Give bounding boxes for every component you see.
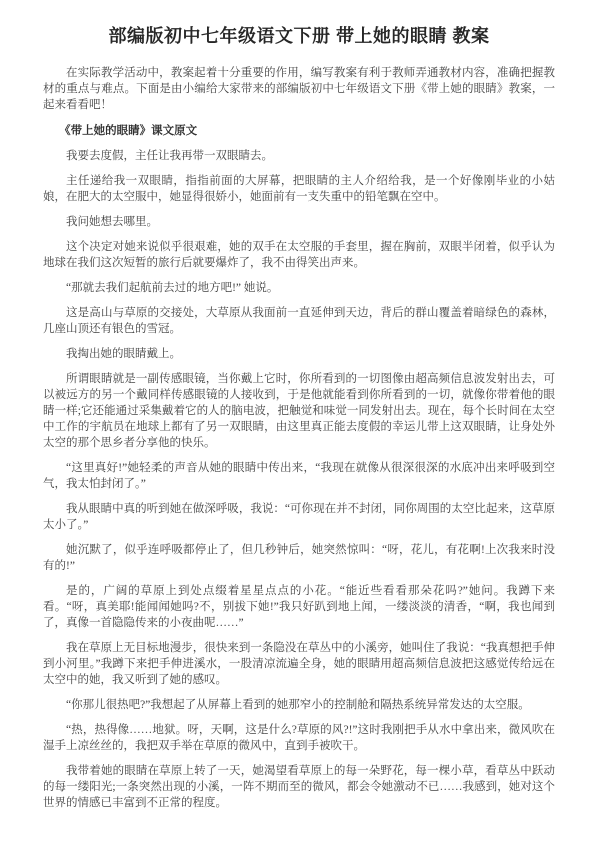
section-heading-original-text: 《带上她的眼睛》课文原文	[43, 123, 555, 139]
paragraph-5: “那就去我们起航前去过的地方吧!” 她说。	[43, 280, 555, 296]
paragraph-11: 她沉默了，似乎连呼吸都停止了，但几秒钟后，她突然惊叫：“呀，花儿，有花啊!上次我…	[43, 542, 555, 574]
paragraph-7: 我掏出她的眼睛戴上。	[43, 346, 555, 362]
paragraph-10: 我从眼睛中真的听到她在做深呼吸，我说：“可你现在并不封闭，同你周围的太空比起来，…	[43, 501, 555, 533]
paragraph-4: 这个决定对她来说似乎很艰难，她的双手在太空服的手套里，握在胸前，双眼半闭着，似乎…	[43, 239, 555, 271]
document-title: 部编版初中七年级语文下册 带上她的眼睛 教案	[43, 25, 555, 48]
paragraph-14: “你那儿很热吧?”我想起了从屏幕上看到的她那窄小的控制舱和隔热系统异常发达的太空…	[43, 697, 555, 713]
paragraph-9: “这里真好!”她轻柔的声音从她的眼睛中传出来，“我现在就像从很深很深的水底冲出来…	[43, 460, 555, 492]
paragraph-8: 所谓眼睛就是一副传感眼镜，当你戴上它时，你所看到的一切图像由超高频信息波发射出去…	[43, 371, 555, 451]
paragraph-12: 是的，广阔的草原上到处点缀着星星点点的小花。“能近些看看那朵花吗?”她问。我蹲下…	[43, 583, 555, 631]
paragraph-1: 我要去度假，主任让我再带一双眼睛去。	[43, 148, 555, 164]
paragraph-13: 我在草原上无目标地漫步，很快来到一条隐没在草丛中的小溪旁，她叫住了我说：“我真想…	[43, 640, 555, 688]
paragraph-3: 我问她想去哪里。	[43, 214, 555, 230]
paragraph-16: 我带着她的眼睛在草原上转了一天，她渴望看草原上的每一朵野花，每一棵小草，看草丛中…	[43, 763, 555, 811]
document-page: 部编版初中七年级语文下册 带上她的眼睛 教案 在实际教学活动中，教案起着十分重要…	[0, 0, 600, 849]
paragraph-6: 这是高山与草原的交接处，大草原从我面前一直延伸到天边，背后的群山覆盖着暗绿色的森…	[43, 305, 555, 337]
paragraph-15: “热，热得像……地狱。呀，天啊，这是什么?草原的风?!”这时我刚把手从水中拿出来…	[43, 722, 555, 754]
intro-paragraph: 在实际教学活动中，教案起着十分重要的作用，编写教案有利于教师弄通教材内容，准确把…	[43, 65, 555, 113]
document-viewport: { "colors": { "background": "#ffffff", "…	[0, 0, 600, 849]
paragraph-2: 主任递给我一双眼睛，指指前面的大屏幕，把眼睛的主人介绍给我，是一个好像刚毕业的小…	[43, 173, 555, 205]
